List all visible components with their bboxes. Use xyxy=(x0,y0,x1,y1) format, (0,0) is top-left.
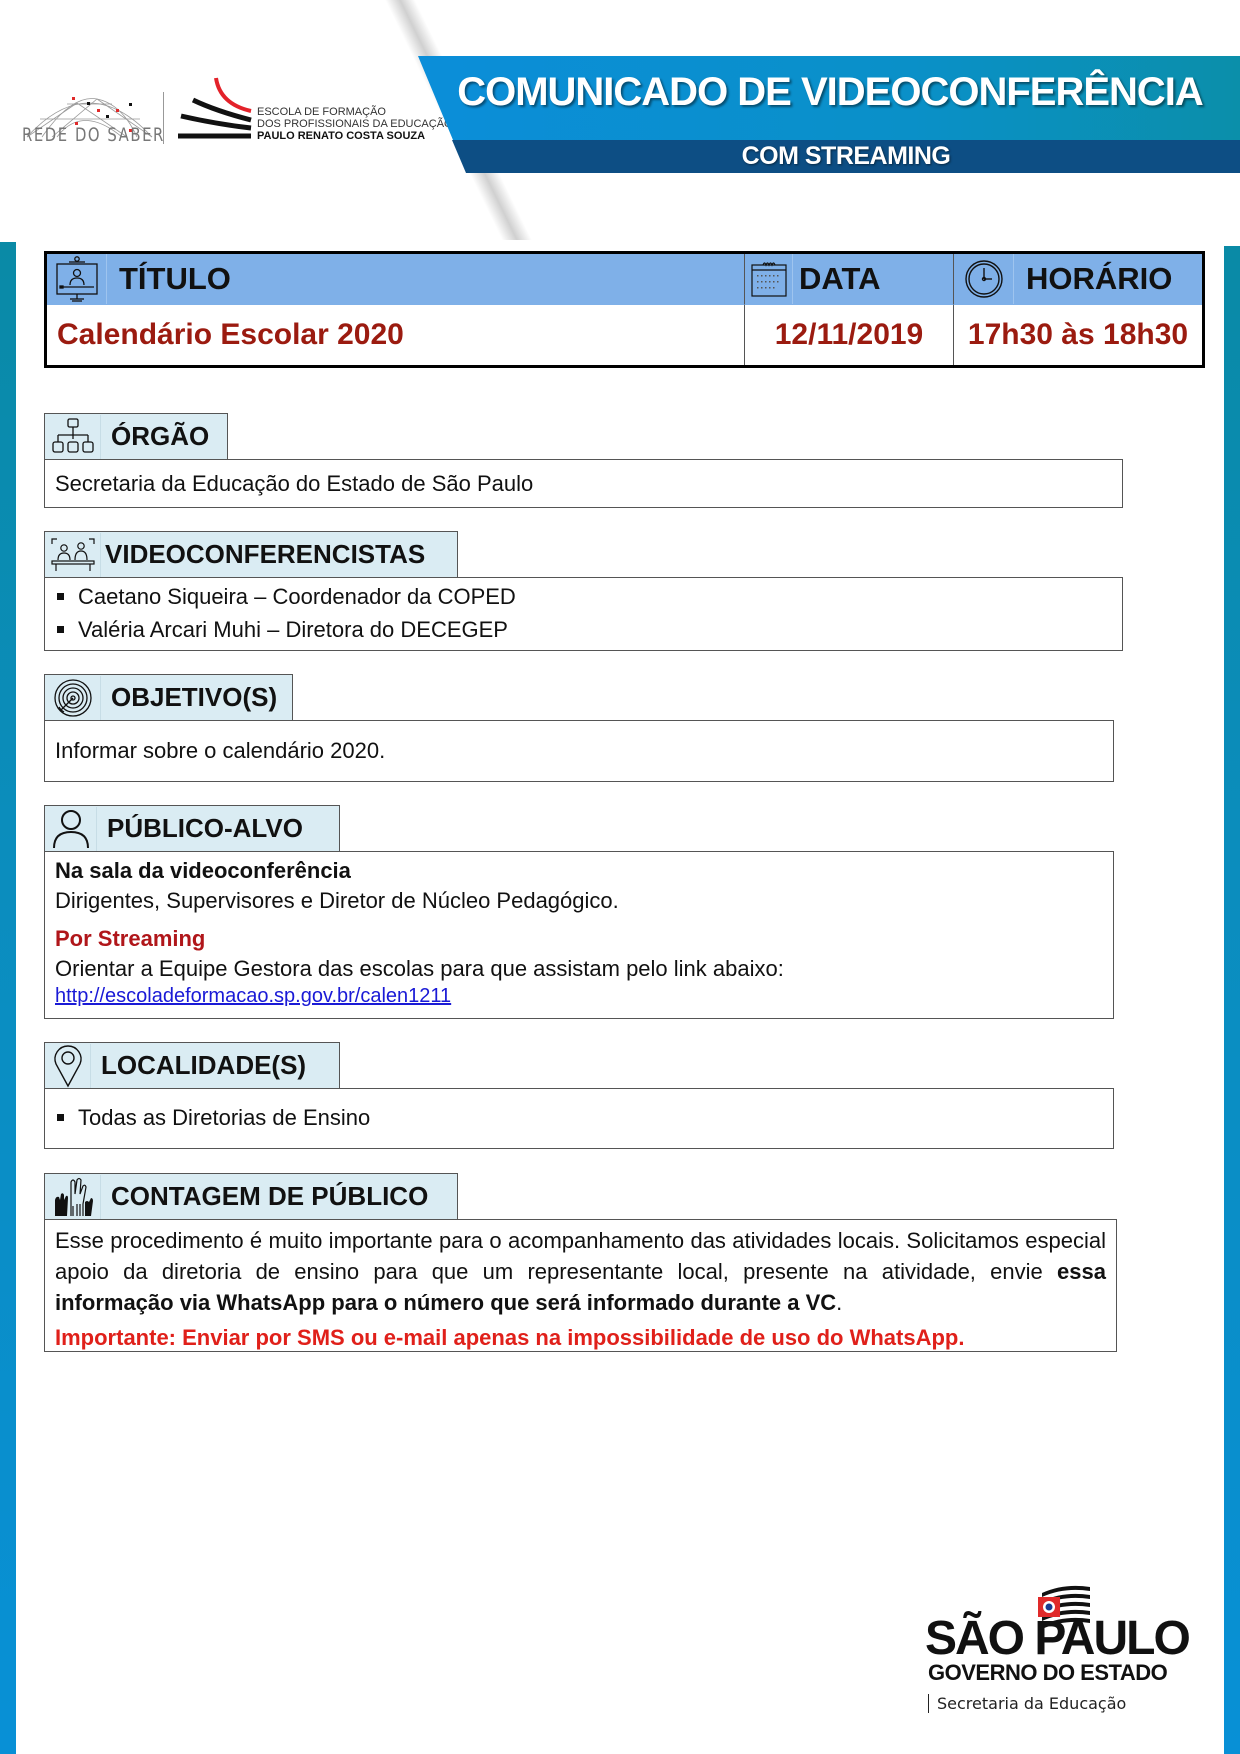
orgao-section-tab: ÓRGÃO xyxy=(44,413,228,459)
data-value: 12/11/2019 xyxy=(745,304,954,365)
titulo-value: Calendário Escolar 2020 xyxy=(47,304,745,365)
video-presenter-icon xyxy=(47,254,107,304)
raised-hands-icon xyxy=(45,1175,101,1219)
calendar-icon xyxy=(745,254,793,304)
objetivos-text: Informar sobre o calendário 2020. xyxy=(55,738,385,763)
org-chart-icon xyxy=(45,415,101,459)
escola-formacao-logo-icon xyxy=(176,76,256,146)
videoconferencistas-section-tab: VIDEOCONFERENCISTAS xyxy=(44,531,458,577)
horario-header: HORÁRIO xyxy=(954,254,1202,304)
contagem-section-tab: CONTAGEM DE PÚBLICO xyxy=(44,1173,458,1219)
publico-alvo-label: PÚBLICO-ALVO xyxy=(97,813,315,844)
map-pin-icon xyxy=(45,1044,91,1088)
orgao-text: Secretaria da Educação do Estado de São … xyxy=(55,471,533,496)
objetivos-content: Informar sobre o calendário 2020. xyxy=(44,720,1114,782)
localidades-section-tab: LOCALIDADE(S) xyxy=(44,1042,340,1088)
contagem-important-note: Importante: Enviar por SMS ou e-mail ape… xyxy=(55,1322,1106,1353)
title-date-time-table: TÍTULO DATA xyxy=(44,251,1205,368)
sala-heading: Na sala da videoconferência xyxy=(55,856,1103,886)
right-accent-bar xyxy=(1224,246,1240,1754)
titulo-header: TÍTULO xyxy=(47,254,745,304)
sala-text: Dirigentes, Supervisores e Diretor de Nú… xyxy=(55,886,1103,916)
data-label: DATA xyxy=(793,261,881,297)
publico-alvo-content: Na sala da videoconferência Dirigentes, … xyxy=(44,851,1114,1019)
list-item: Valéria Arcari Muhi – Diretora do DECEGE… xyxy=(55,613,1112,646)
document-header: REDE DO SABER ESCOLA DE FORMAÇÃO DOS PRO… xyxy=(0,0,1240,240)
presenters-icon xyxy=(45,533,101,577)
banner-title: COMUNICADO DE VIDEOCONFERÊNCIA xyxy=(420,70,1240,115)
left-accent-bar xyxy=(0,242,16,1754)
streaming-heading: Por Streaming xyxy=(55,924,1103,954)
streaming-text: Orientar a Equipe Gestora das escolas pa… xyxy=(55,954,1103,984)
localidades-label: LOCALIDADE(S) xyxy=(91,1050,318,1081)
rede-do-saber-logo-text: REDE DO SABER xyxy=(22,124,165,146)
localidades-list: Todas as Diretorias de Ensino xyxy=(44,1088,1114,1149)
videoconferencistas-list: Caetano Siqueira – Coordenador da COPED … xyxy=(44,577,1123,651)
orgao-content: Secretaria da Educação do Estado de São … xyxy=(44,459,1123,508)
publico-alvo-section-tab: PÚBLICO-ALVO xyxy=(44,805,340,851)
contagem-content: Esse procedimento é muito importante par… xyxy=(44,1219,1117,1352)
titulo-label: TÍTULO xyxy=(107,261,231,297)
data-header: DATA xyxy=(745,254,954,304)
sp-secretaria: Secretaria da Educação xyxy=(928,1694,1126,1713)
contagem-paragraph: Esse procedimento é muito importante par… xyxy=(55,1225,1106,1318)
list-item: Todas as Diretorias de Ensino xyxy=(55,1101,1103,1134)
videoconferencistas-label: VIDEOCONFERENCISTAS xyxy=(101,539,437,570)
horario-label: HORÁRIO xyxy=(1014,261,1172,297)
streaming-link[interactable]: http://escoladeformacao.sp.gov.br/calen1… xyxy=(55,984,1103,1008)
sp-name: SÃO PAULO xyxy=(925,1616,1189,1662)
clock-icon xyxy=(954,254,1014,304)
objetivos-label: OBJETIVO(S) xyxy=(101,682,289,713)
logo-divider xyxy=(163,92,164,144)
banner-subtitle: COM STREAMING xyxy=(452,140,1240,173)
target-icon xyxy=(45,676,101,720)
objetivos-section-tab: OBJETIVO(S) xyxy=(44,674,293,720)
horario-value: 17h30 às 18h30 xyxy=(954,304,1202,365)
list-item: Caetano Siqueira – Coordenador da COPED xyxy=(55,580,1112,613)
orgao-label: ÓRGÃO xyxy=(101,421,221,452)
contagem-label: CONTAGEM DE PÚBLICO xyxy=(101,1181,440,1212)
sp-gov: GOVERNO DO ESTADO xyxy=(928,1660,1167,1686)
person-icon xyxy=(45,807,97,851)
